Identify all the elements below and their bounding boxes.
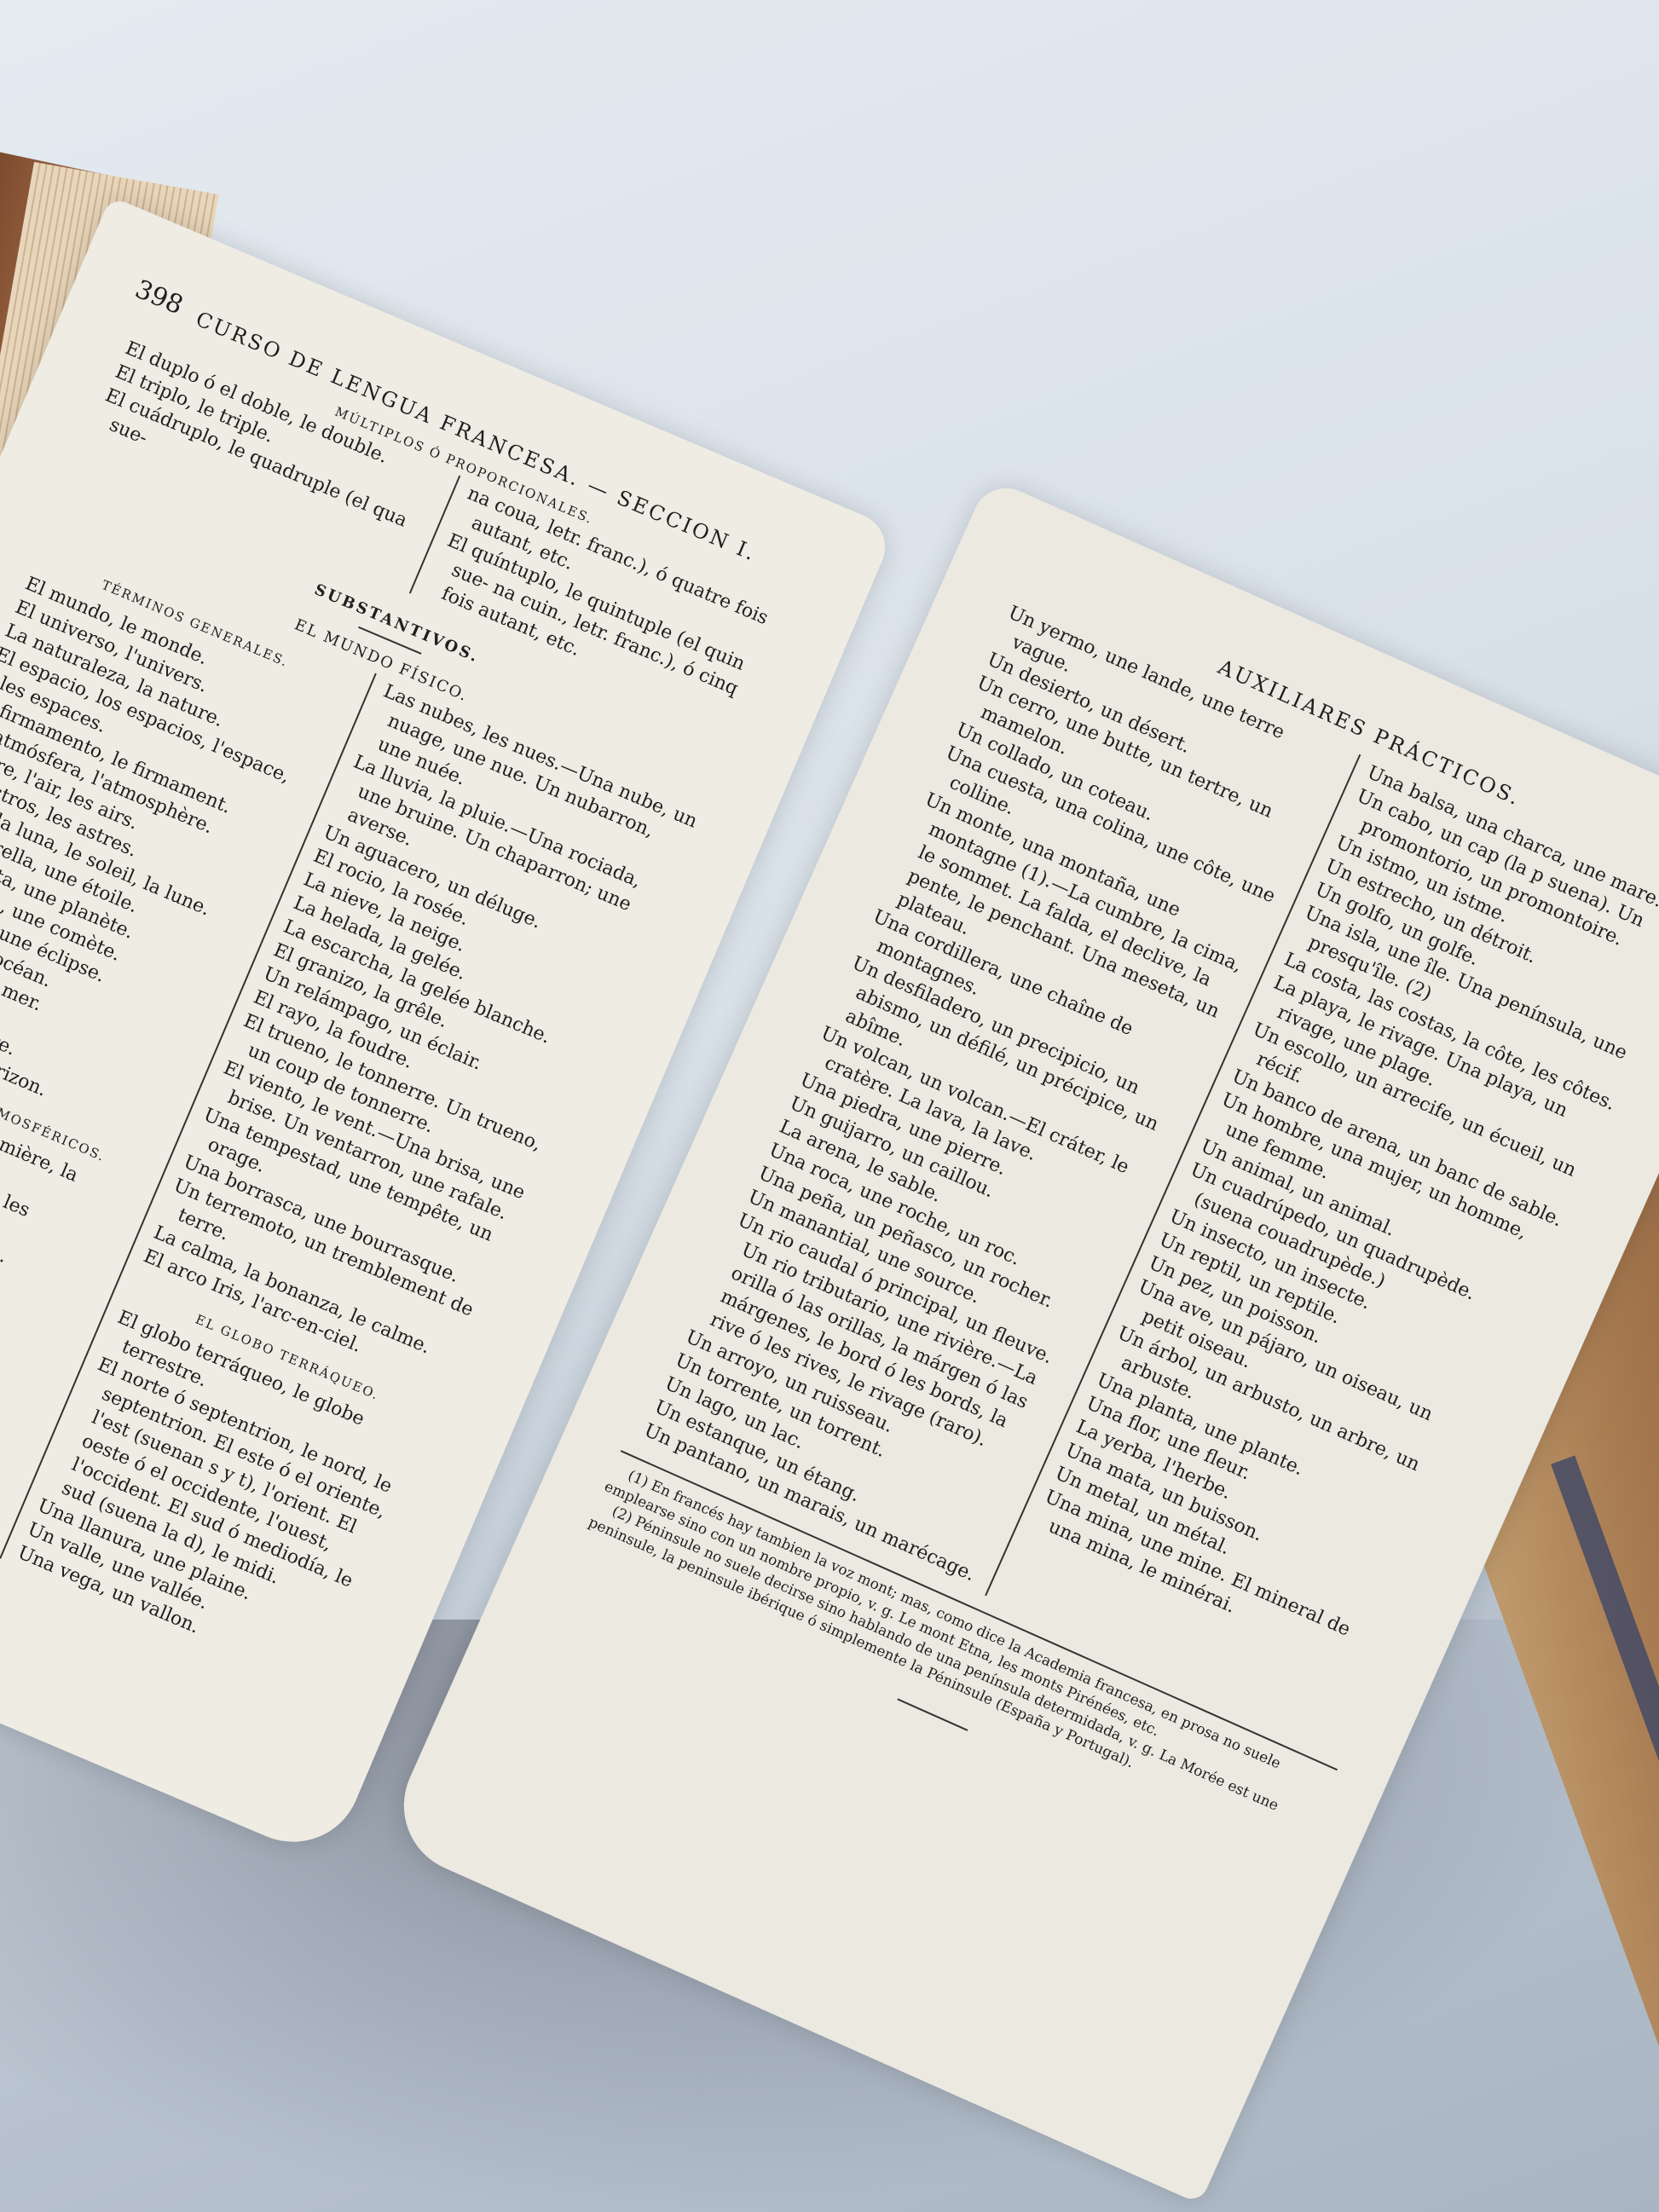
end-divider	[897, 1698, 968, 1730]
